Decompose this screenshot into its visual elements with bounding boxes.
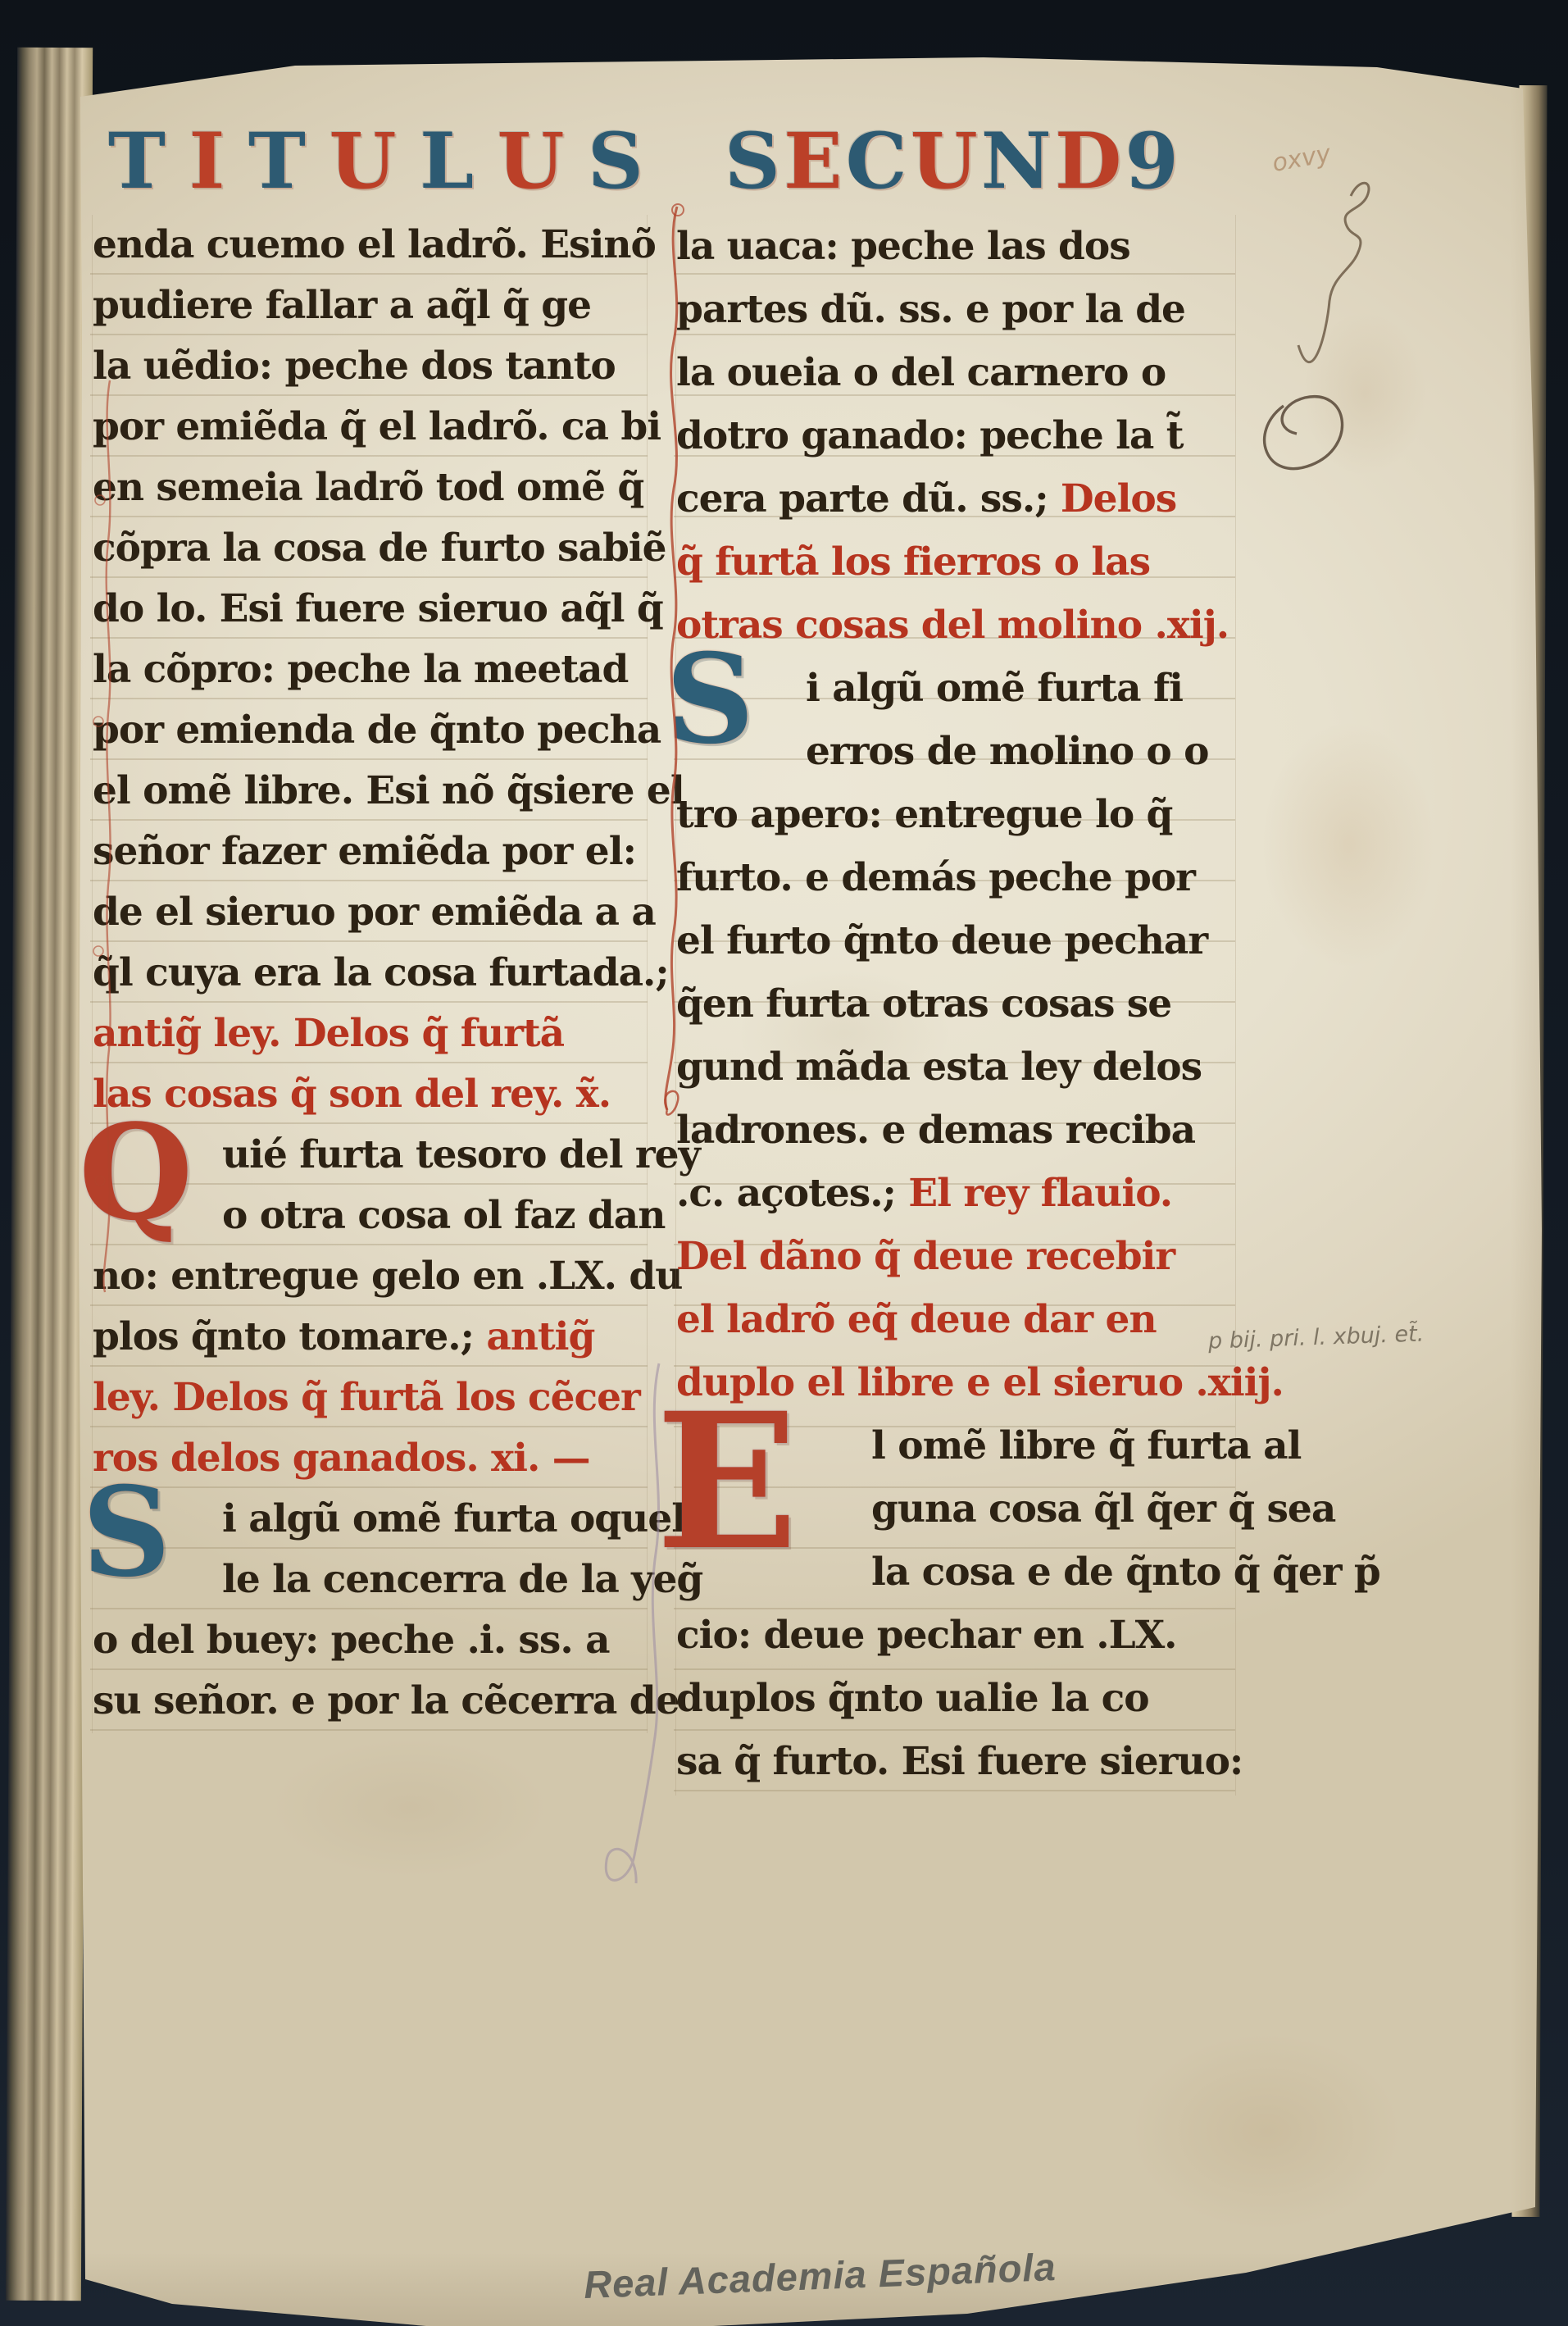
body-text: furto. e demás peche por [676,855,1195,900]
manuscript-line: dotro ganado: peche la t̃ [676,404,1235,467]
body-text: partes dũ. ss. e por la de [676,287,1185,332]
manuscript-line: do lo. Esi fuere sieruo aq̃l q̃ [93,579,647,640]
manuscript-line: duplos q̃nto ualie la co [676,1667,1235,1730]
manuscript-line: .c. açotes.; El rey flauio. [676,1162,1235,1225]
margin-scribble [1229,135,1418,496]
parchment-stain [1262,721,1434,967]
manuscript-line: otras cosas del molino .xij. [676,594,1235,657]
body-text: cõpra la cosa de furto sabiẽ [93,526,666,571]
folio-number: 143 [1417,2259,1486,2309]
running-title-letter: U [911,123,979,200]
running-title-letter: U [498,123,566,200]
rubric-text: el ladrõ eq̃ deue dar en [676,1297,1157,1342]
manuscript-line: q̃ furtã los fierros o las [676,530,1235,594]
body-text: uié furta tesoro del rey [222,1132,700,1177]
body-text: duplos q̃nto ualie la co [676,1676,1149,1721]
manuscript-line: ley. Delos q̃ furtã los cẽcer [93,1368,647,1428]
manuscript-line: sa q̃ furto. Esi fuere sieruo: [676,1730,1235,1793]
running-title-letter: 9 [1125,123,1180,200]
penwork-flourish-intercolumn [649,202,707,1128]
manuscript-line: en semeia ladrõ tod omẽ q̃ [93,457,647,518]
body-text: el furto q̃nto deue pechar [676,918,1207,963]
margin-note-top-right: pecieus [727,12,829,48]
manuscript-line: q̃en furta otras cosas se [676,972,1235,1036]
manuscript-line: plos q̃nto tomare.; antig̃ [93,1307,647,1368]
manuscript-line: la uaca: peche las dos [676,215,1235,278]
text-column-left: enda cuemo el ladrõ. Esinõpudiere fallar… [92,215,648,1733]
manuscript-line: i algũ omẽ furta fi [676,657,1235,720]
running-title-letter: U [329,123,398,200]
body-text: plos q̃nto tomare.; [93,1314,486,1359]
manuscript-line: señor fazer emiẽda por el: [93,822,647,882]
running-title-right: SECUND9 [725,102,1180,200]
body-text: sa q̃ furto. Esi fuere sieruo: [676,1739,1243,1784]
manuscript-line: furto. e demás peche por [676,846,1235,909]
rubric-text: antig̃ [486,1314,594,1359]
manuscript-line: erros de molino o o [676,720,1235,783]
body-text: señor fazer emiẽda por el: [93,829,636,874]
running-title-letter: T [108,123,167,200]
manuscript-line: ros delos ganados. xi. — [93,1428,647,1489]
manuscript-line: ladrones. e demas reciba [676,1099,1235,1162]
body-text: l omẽ libre q̃ furta al [871,1423,1301,1468]
margin-gloss-right: p bij. pri. l. xbuj. et̃. [1208,1321,1425,1354]
running-title-letter: S [588,123,645,200]
body-text: cio: deue pechar en .LX. [676,1613,1177,1658]
manuscript-line: por emienda de q̃nto pecha [93,700,647,761]
body-text: no: entregue gelo en .LX. du [93,1254,682,1299]
manuscript-line: el omẽ libre. Esi nõ q̃siere el [93,761,647,822]
body-text: en semeia ladrõ tod omẽ q̃ [93,465,643,510]
manuscript-line: q̃l cuya era la cosa furtada.; [93,943,647,1004]
manuscript-line: enda cuemo el ladrõ. Esinõ [93,215,647,275]
rubric-text: ley. Delos q̃ furtã los cẽcer [93,1375,640,1420]
body-text: gund mãda esta ley delos [676,1045,1202,1090]
manuscript-line: i algũ omẽ furta oquel [93,1489,647,1550]
body-text: o del buey: peche .i. ss. a [93,1618,610,1663]
rubric-text: El rey flauio. [908,1171,1172,1216]
parchment-stain [1131,2033,1402,2230]
manuscript-line: el ladrõ eq̃ deue dar en [676,1288,1235,1351]
penwork-flourish-lower [587,1357,685,1906]
body-text: guna cosa q̃l q̃er q̃ sea [871,1486,1335,1532]
manuscript-line: o del buey: peche .i. ss. a [93,1610,647,1671]
rubric-text: q̃ furtã los fierros o las [676,539,1150,585]
manuscript-line: Del dãno q̃ deue recebir [676,1225,1235,1288]
library-watermark: Real Academia Española [583,2244,1057,2307]
body-text: do lo. Esi fuere sieruo aq̃l q̃ [93,586,663,631]
body-text: pudiere fallar a aq̃l q̃ ge [93,283,591,328]
body-text: por emienda de q̃nto pecha [93,708,661,753]
body-text: q̃l cuya era la cosa furtada.; [93,950,669,995]
body-text: la cõpro: peche la meetad [93,647,628,692]
body-text: dotro ganado: peche la t̃ [676,413,1183,458]
body-text: .c. açotes.; [676,1171,908,1216]
body-text: por emiẽda q̃ el ladrõ. ca bi [93,404,661,449]
manuscript-line: la oueia o del carnero o [676,341,1235,404]
illuminated-initial-s: S [82,1477,170,1588]
rubric-text: antig̃ ley. Delos q̃ furtã [93,1011,564,1056]
running-title-letter: S [725,123,782,200]
rubric-text: Delos [1061,476,1176,521]
body-text: el omẽ libre. Esi nõ q̃siere el [93,768,684,813]
manuscript-line: gund mãda esta ley delos [676,1036,1235,1099]
body-text: erros de molino o o [806,729,1208,774]
body-text: la oueia o del carnero o [676,350,1166,395]
manuscript-line: por emiẽda q̃ el ladrõ. ca bi [93,397,647,457]
running-title-letter: E [784,123,844,200]
running-title-letter: T [248,123,307,200]
manuscript-line: el furto q̃nto deue pechar [676,909,1235,972]
body-text: enda cuemo el ladrõ. Esinõ [93,222,656,267]
body-text: la uẽdio: peche dos tanto [93,344,616,389]
body-text: la cosa e de q̃nto q̃ q̃er p̃ [871,1550,1380,1595]
parchment-stain [270,1738,549,1878]
running-title-letter: C [846,123,909,200]
manuscript-line: la uẽdio: peche dos tanto [93,336,647,397]
body-text: de el sieruo por emiẽda a a [93,890,656,935]
body-text: q̃en furta otras cosas se [676,981,1171,1026]
rubric-text: otras cosas del molino .xij. [676,603,1229,648]
manuscript-line: antig̃ ley. Delos q̃ furtã [93,1004,647,1064]
manuscript-line: no: entregue gelo en .LX. du [93,1246,647,1307]
running-title-letter: N [981,123,1053,200]
body-text: tro apero: entregue lo q̃ [676,792,1172,837]
manuscript-line: cera parte dũ. ss.; Delos [676,467,1235,530]
manuscript-line: la cõpro: peche la meetad [93,640,647,700]
manuscript-line: de el sieruo por emiẽda a a [93,882,647,943]
running-title-letter: D [1055,123,1124,200]
manuscript-line: su señor. e por la cẽcerra de [93,1671,647,1732]
margin-note-top-left: treulus [206,9,299,48]
manuscript-line: le la cencerra de la yeg̃ [93,1550,647,1610]
manuscript-page: TITULUS SECUND9 enda cuemo el ladrõ. Esi… [0,0,1568,2326]
manuscript-line: cio: deue pechar en .LX. [676,1604,1235,1667]
body-text: i algũ omẽ furta fi [806,666,1183,711]
running-title-letter: I [189,123,226,200]
body-text: la uaca: peche las dos [676,224,1130,269]
manuscript-line: pudiere fallar a aq̃l q̃ ge [93,275,647,336]
running-title-left: TITULUS [108,102,645,200]
manuscript-line: partes dũ. ss. e por la de [676,278,1235,341]
rubric-text: Del dãno q̃ deue recebir [676,1234,1175,1279]
manuscript-line: tro apero: entregue lo q̃ [676,783,1235,846]
body-text: o otra cosa ol faz dan [222,1193,665,1238]
manuscript-line: cõpra la cosa de furto sabiẽ [93,518,647,579]
penwork-flourish-left-margin [85,377,130,1295]
body-text: ladrones. e demas reciba [676,1108,1195,1153]
running-title-letter: L [420,123,475,200]
body-text: cera parte dũ. ss.; [676,476,1061,521]
